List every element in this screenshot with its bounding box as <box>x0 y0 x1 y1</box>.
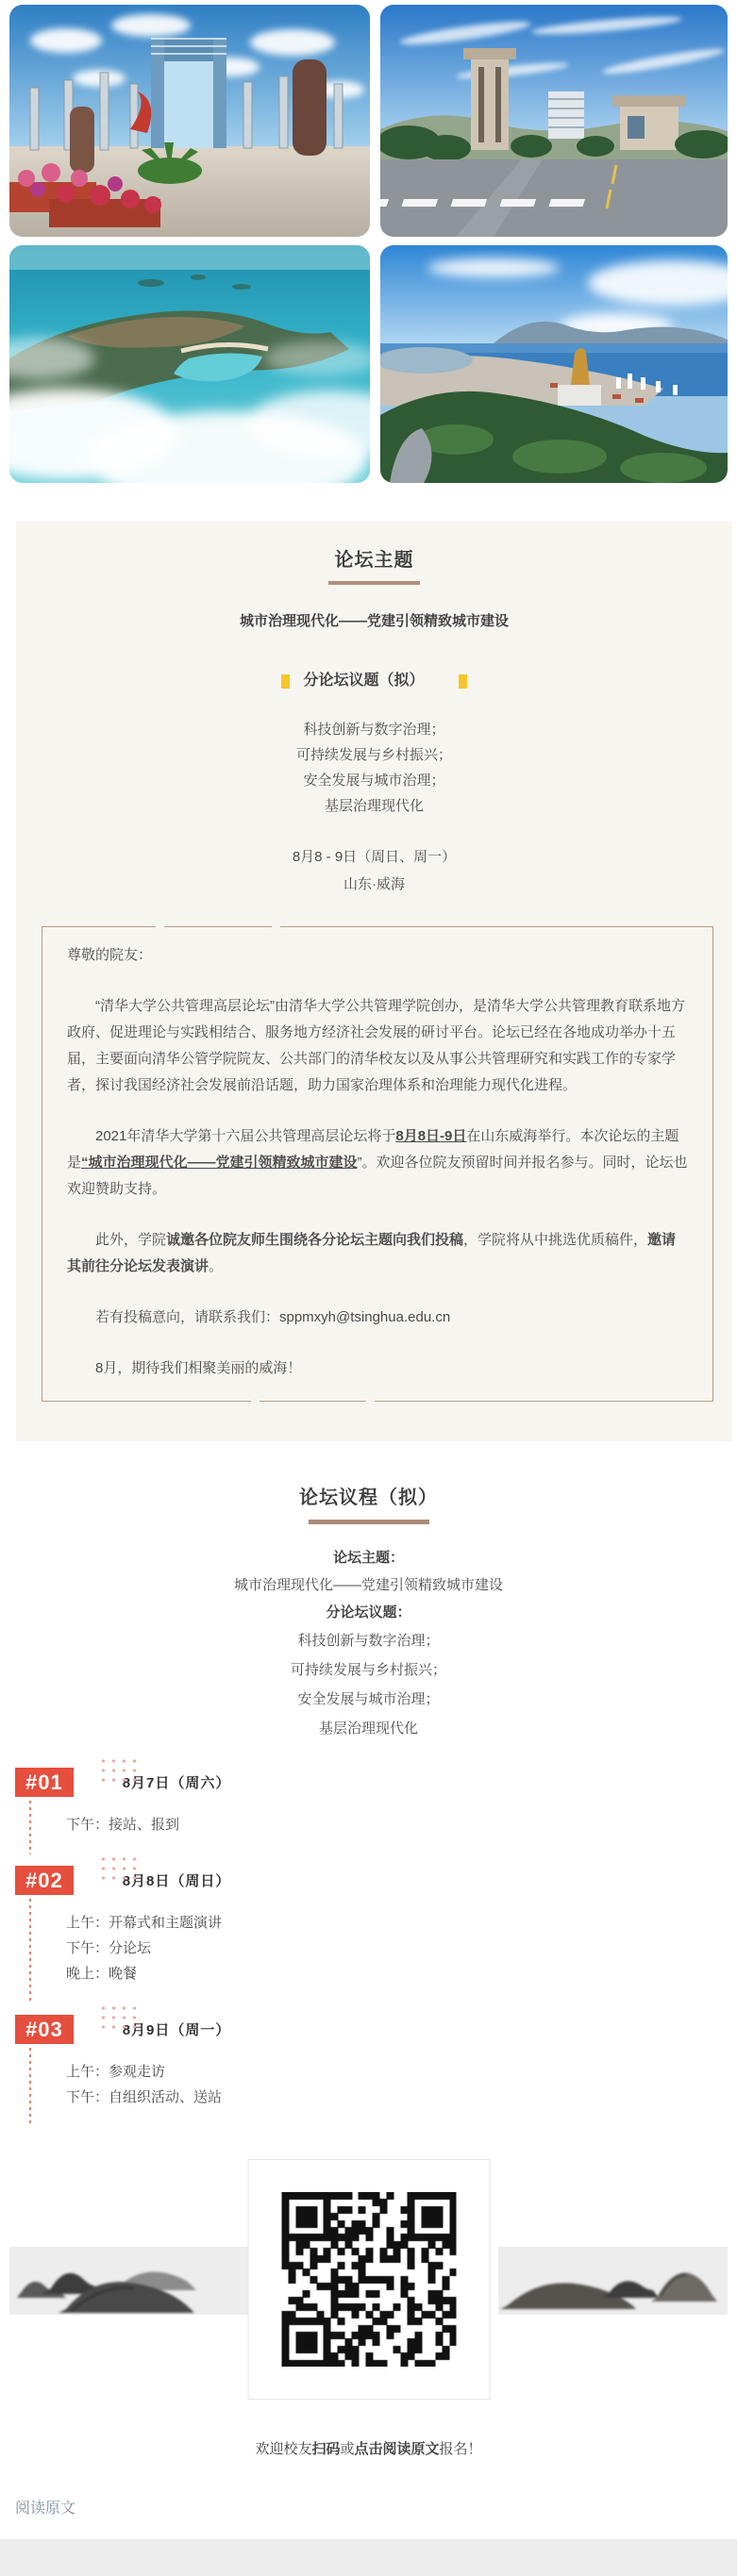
letter-paragraph-2: 2021年清华大学第十六届公共管理高层论坛将于8月8日-9日在山东威海举行。本次… <box>67 1123 688 1203</box>
dotted-timeline <box>29 1801 31 1854</box>
agenda-meta: 论坛主题： 城市治理现代化——党建引领精致城市建设 分论坛议题： 科技创新与数字… <box>0 1545 737 1743</box>
letter-paragraph-1: “清华大学公共管理高层论坛”由清华大学公共管理学院创办，是清华大学公共管理教育联… <box>67 993 688 1099</box>
agenda-item: 下午：分论坛 <box>66 1936 737 1961</box>
day-number-badge: #03 <box>15 2015 74 2044</box>
footer-bar <box>0 2539 737 2576</box>
qr-registration-area <box>0 2159 737 2424</box>
agenda-theme: 城市治理现代化——党建引领精致城市建设 <box>0 1571 737 1600</box>
qr-card <box>247 2159 490 2400</box>
letter-greeting: 尊敬的院友： <box>67 942 688 969</box>
main-theme: 城市治理现代化——党建引领精致城市建设 <box>16 611 732 632</box>
agenda-topic: 安全发展与城市治理； <box>0 1685 737 1714</box>
subforum-topic-list: 科技创新与数字治理； 可持续发展与乡村振兴； 安全发展与城市治理； 基层治理现代… <box>16 717 732 819</box>
agenda-theme-label: 论坛主题： <box>0 1545 737 1571</box>
yellow-marker-left-icon <box>281 674 290 689</box>
border-gap <box>156 925 164 928</box>
agenda-title: 论坛议程（拟） <box>0 1484 737 1512</box>
subforum-title-row: 分论坛议题（拟） <box>16 670 732 692</box>
agenda-topic: 可持续发展与乡村振兴； <box>0 1655 737 1685</box>
agenda-title-underline <box>309 1520 429 1524</box>
forum-location: 山东·威海 <box>16 871 732 898</box>
photo-hilltop-view[interactable] <box>380 245 728 483</box>
letter-paragraph-3: 此外，学院诚邀各位院友师生围绕各分论坛主题向我们投稿，学院将从中挑选优质稿件，邀… <box>67 1227 688 1280</box>
dots-decoration-icon <box>98 1854 140 1885</box>
agenda-subforum-label: 分论坛议题： <box>0 1600 737 1626</box>
dotted-timeline <box>29 2048 31 2127</box>
agenda-item: 晚上：晚餐 <box>66 1961 737 1986</box>
yellow-marker-right-icon <box>459 674 467 689</box>
photo-aerial-bay[interactable] <box>9 245 370 483</box>
qr-code[interactable] <box>281 2192 456 2367</box>
photo-gate-plaza[interactable] <box>9 5 370 237</box>
aerial-bay-illustration <box>9 245 370 483</box>
border-gap <box>251 1400 260 1403</box>
topic-item: 科技创新与数字治理； <box>16 717 732 742</box>
hilltop-view-illustration <box>380 245 728 483</box>
letter-closing-line: 8月，期待我们相聚美丽的威海！ <box>67 1355 688 1382</box>
ink-mountains-left-icon <box>9 2247 254 2315</box>
read-original-link[interactable]: 阅读原文 <box>15 2497 75 2520</box>
photo-grid <box>0 0 737 483</box>
agenda-topic: 科技创新与数字治理； <box>0 1626 737 1655</box>
qr-caption: 欢迎校友扫码或点击阅读原文报名！ <box>0 2437 737 2461</box>
title-underline <box>328 581 420 585</box>
agenda-item: 下午：接站、报到 <box>66 1812 737 1837</box>
forum-theme-section: 论坛主题 城市治理现代化——党建引领精致城市建设 分论坛议题（拟） 科技创新与数… <box>16 522 732 1441</box>
border-gap <box>272 925 280 928</box>
subforum-title: 分论坛议题（拟） <box>303 670 424 692</box>
forum-date: 8月8 - 9日（周日、周一） <box>16 843 732 871</box>
agenda-item: 上午：参观走访 <box>66 2059 737 2085</box>
agenda-day-2: #02 8月8日（周日） 上午：开幕式和主题演讲 下午：分论坛 晚上：晚餐 <box>15 1866 737 2003</box>
ink-mountains-left <box>9 2247 254 2315</box>
ink-mountains-right <box>498 2247 728 2315</box>
ink-mountains-right-icon <box>498 2247 728 2315</box>
topic-item: 可持续发展与乡村振兴； <box>16 742 732 768</box>
dots-decoration-icon <box>98 2003 140 2034</box>
agenda-day-3: #03 8月9日（周一） 上午：参观走访 下午：自组织活动、送站 <box>15 2015 737 2127</box>
topic-item: 安全发展与城市治理； <box>16 768 732 793</box>
section-title: 论坛主题 <box>16 546 732 574</box>
agenda-day-1: #01 8月7日（周六） 下午：接站、报到 <box>15 1768 737 1854</box>
invitation-letter-box: 尊敬的院友： “清华大学公共管理高层论坛”由清华大学公共管理学院创办，是清华大学… <box>42 926 713 1402</box>
topic-item: 基层治理现代化 <box>16 793 732 819</box>
agenda-topic: 基层治理现代化 <box>0 1714 737 1743</box>
day-number-badge: #01 <box>15 1768 74 1797</box>
agenda-item: 下午：自组织活动、送站 <box>66 2085 737 2110</box>
campus-gate-illustration <box>380 5 728 237</box>
border-gap <box>366 1400 375 1403</box>
photo-campus-gate[interactable] <box>380 5 728 237</box>
dots-decoration-icon <box>98 1756 140 1787</box>
agenda-item: 上午：开幕式和主题演讲 <box>66 1910 737 1936</box>
day-number-badge: #02 <box>15 1866 74 1895</box>
forum-agenda-section: 论坛议程（拟） 论坛主题： 城市治理现代化——党建引领精致城市建设 分论坛议题：… <box>0 1441 737 2127</box>
letter-contact-line: 若有投稿意向，请联系我们：sppmxyh@tsinghua.edu.cn <box>67 1305 688 1331</box>
gate-plaza-illustration <box>9 5 370 237</box>
dotted-timeline <box>29 1899 31 2003</box>
